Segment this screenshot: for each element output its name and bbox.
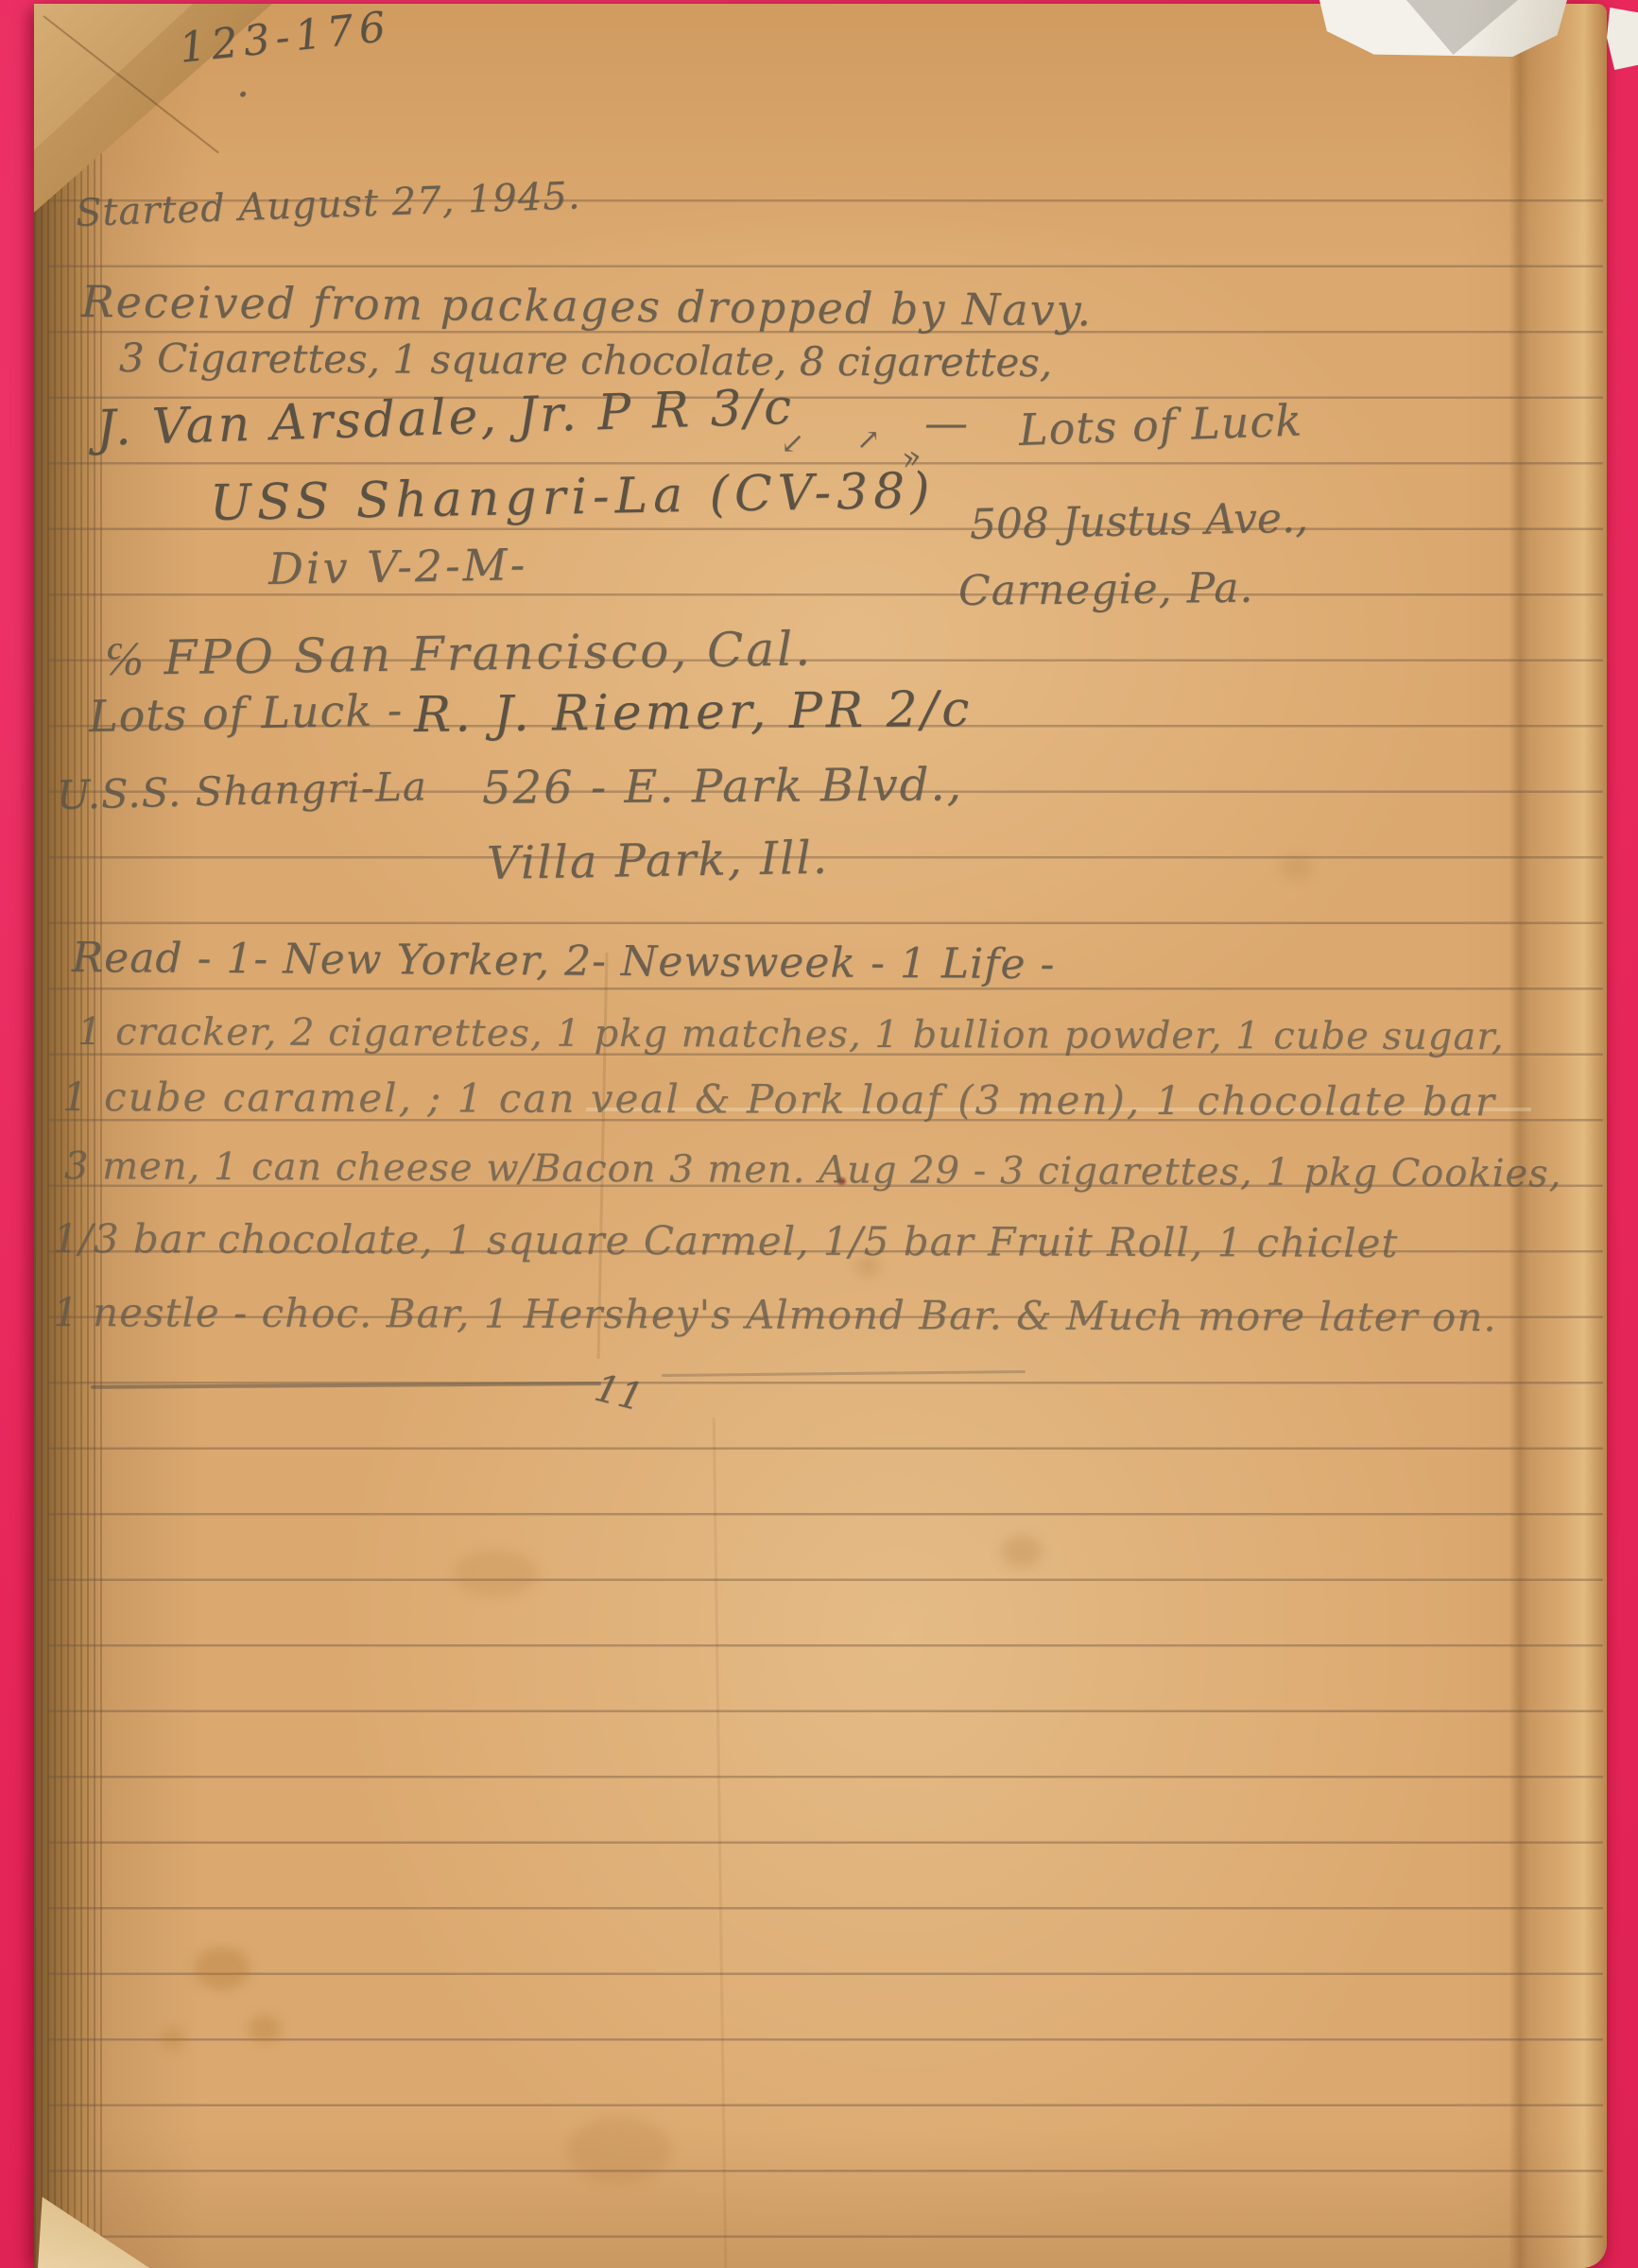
line-read: Read - 1- New Yorker, 2- Newsweek - 1 Li… xyxy=(72,937,1056,986)
stain xyxy=(248,2015,282,2043)
dash-mark: — xyxy=(924,401,968,444)
ruled-lines xyxy=(47,136,1603,2264)
log-line-3: 3 men, 1 can cheese w/Bacon 3 men. Aug 2… xyxy=(64,1147,1562,1193)
sender1-street: 508 Justus Ave., xyxy=(970,498,1309,546)
stain xyxy=(567,2117,671,2183)
stain xyxy=(1281,855,1313,880)
sender1-division: Div V-2-M- xyxy=(268,542,528,591)
stain xyxy=(194,1947,250,1990)
pencil-dot: . xyxy=(236,62,250,104)
arrow-up-right-icon: ↗ xyxy=(856,426,880,455)
sender1-fpo: ℅ FPO San Francisco, Cal. xyxy=(104,626,814,682)
stain xyxy=(161,2028,185,2049)
sender2-street: 526 - E. Park Blvd., xyxy=(482,762,963,811)
sender2-name: R. J. Riemer, PR 2/c xyxy=(414,685,974,740)
stain xyxy=(1002,1536,1042,1568)
arrow-down-left-icon: ↙ xyxy=(781,430,804,458)
log-line-1: 1 cracker, 2 cigarettes, 1 pkg matches, … xyxy=(78,1013,1505,1056)
sender2-ship: U.S.S. Shangri-La xyxy=(56,766,427,816)
sender1-city: Carnegie, Pa. xyxy=(958,568,1254,612)
scanned-notebook-page: 123-176 . Started August 27, 1945. Recei… xyxy=(0,0,1638,2268)
sender2-greeting: Lots of Luck - xyxy=(89,688,404,738)
paper-scrap-corner xyxy=(1607,8,1638,70)
log-line-2: 1 cube caramel, ; 1 can veal & Pork loaf… xyxy=(62,1077,1496,1122)
log-line-5: 1 nestle - choc. Bar, 1 Hershey's Almond… xyxy=(53,1293,1497,1337)
line-items: 3 Cigarettes, 1 square chocolate, 8 ciga… xyxy=(119,338,1052,383)
stain xyxy=(454,1550,539,1597)
sender1-greeting: Lots of Luck xyxy=(1018,399,1303,452)
log-line-4: 1/3 bar chocolate, 1 square Carmel, 1/5 … xyxy=(53,1219,1398,1263)
scrap-fold-shadow xyxy=(1406,0,1518,55)
sender1-ship: USS Shangri-La (CV-38) xyxy=(210,467,936,528)
line-received: Received from packages dropped by Navy. xyxy=(81,280,1094,332)
ditto-mark: 11 xyxy=(591,1369,647,1417)
sender2-city: Villa Park, Ill. xyxy=(487,835,830,886)
